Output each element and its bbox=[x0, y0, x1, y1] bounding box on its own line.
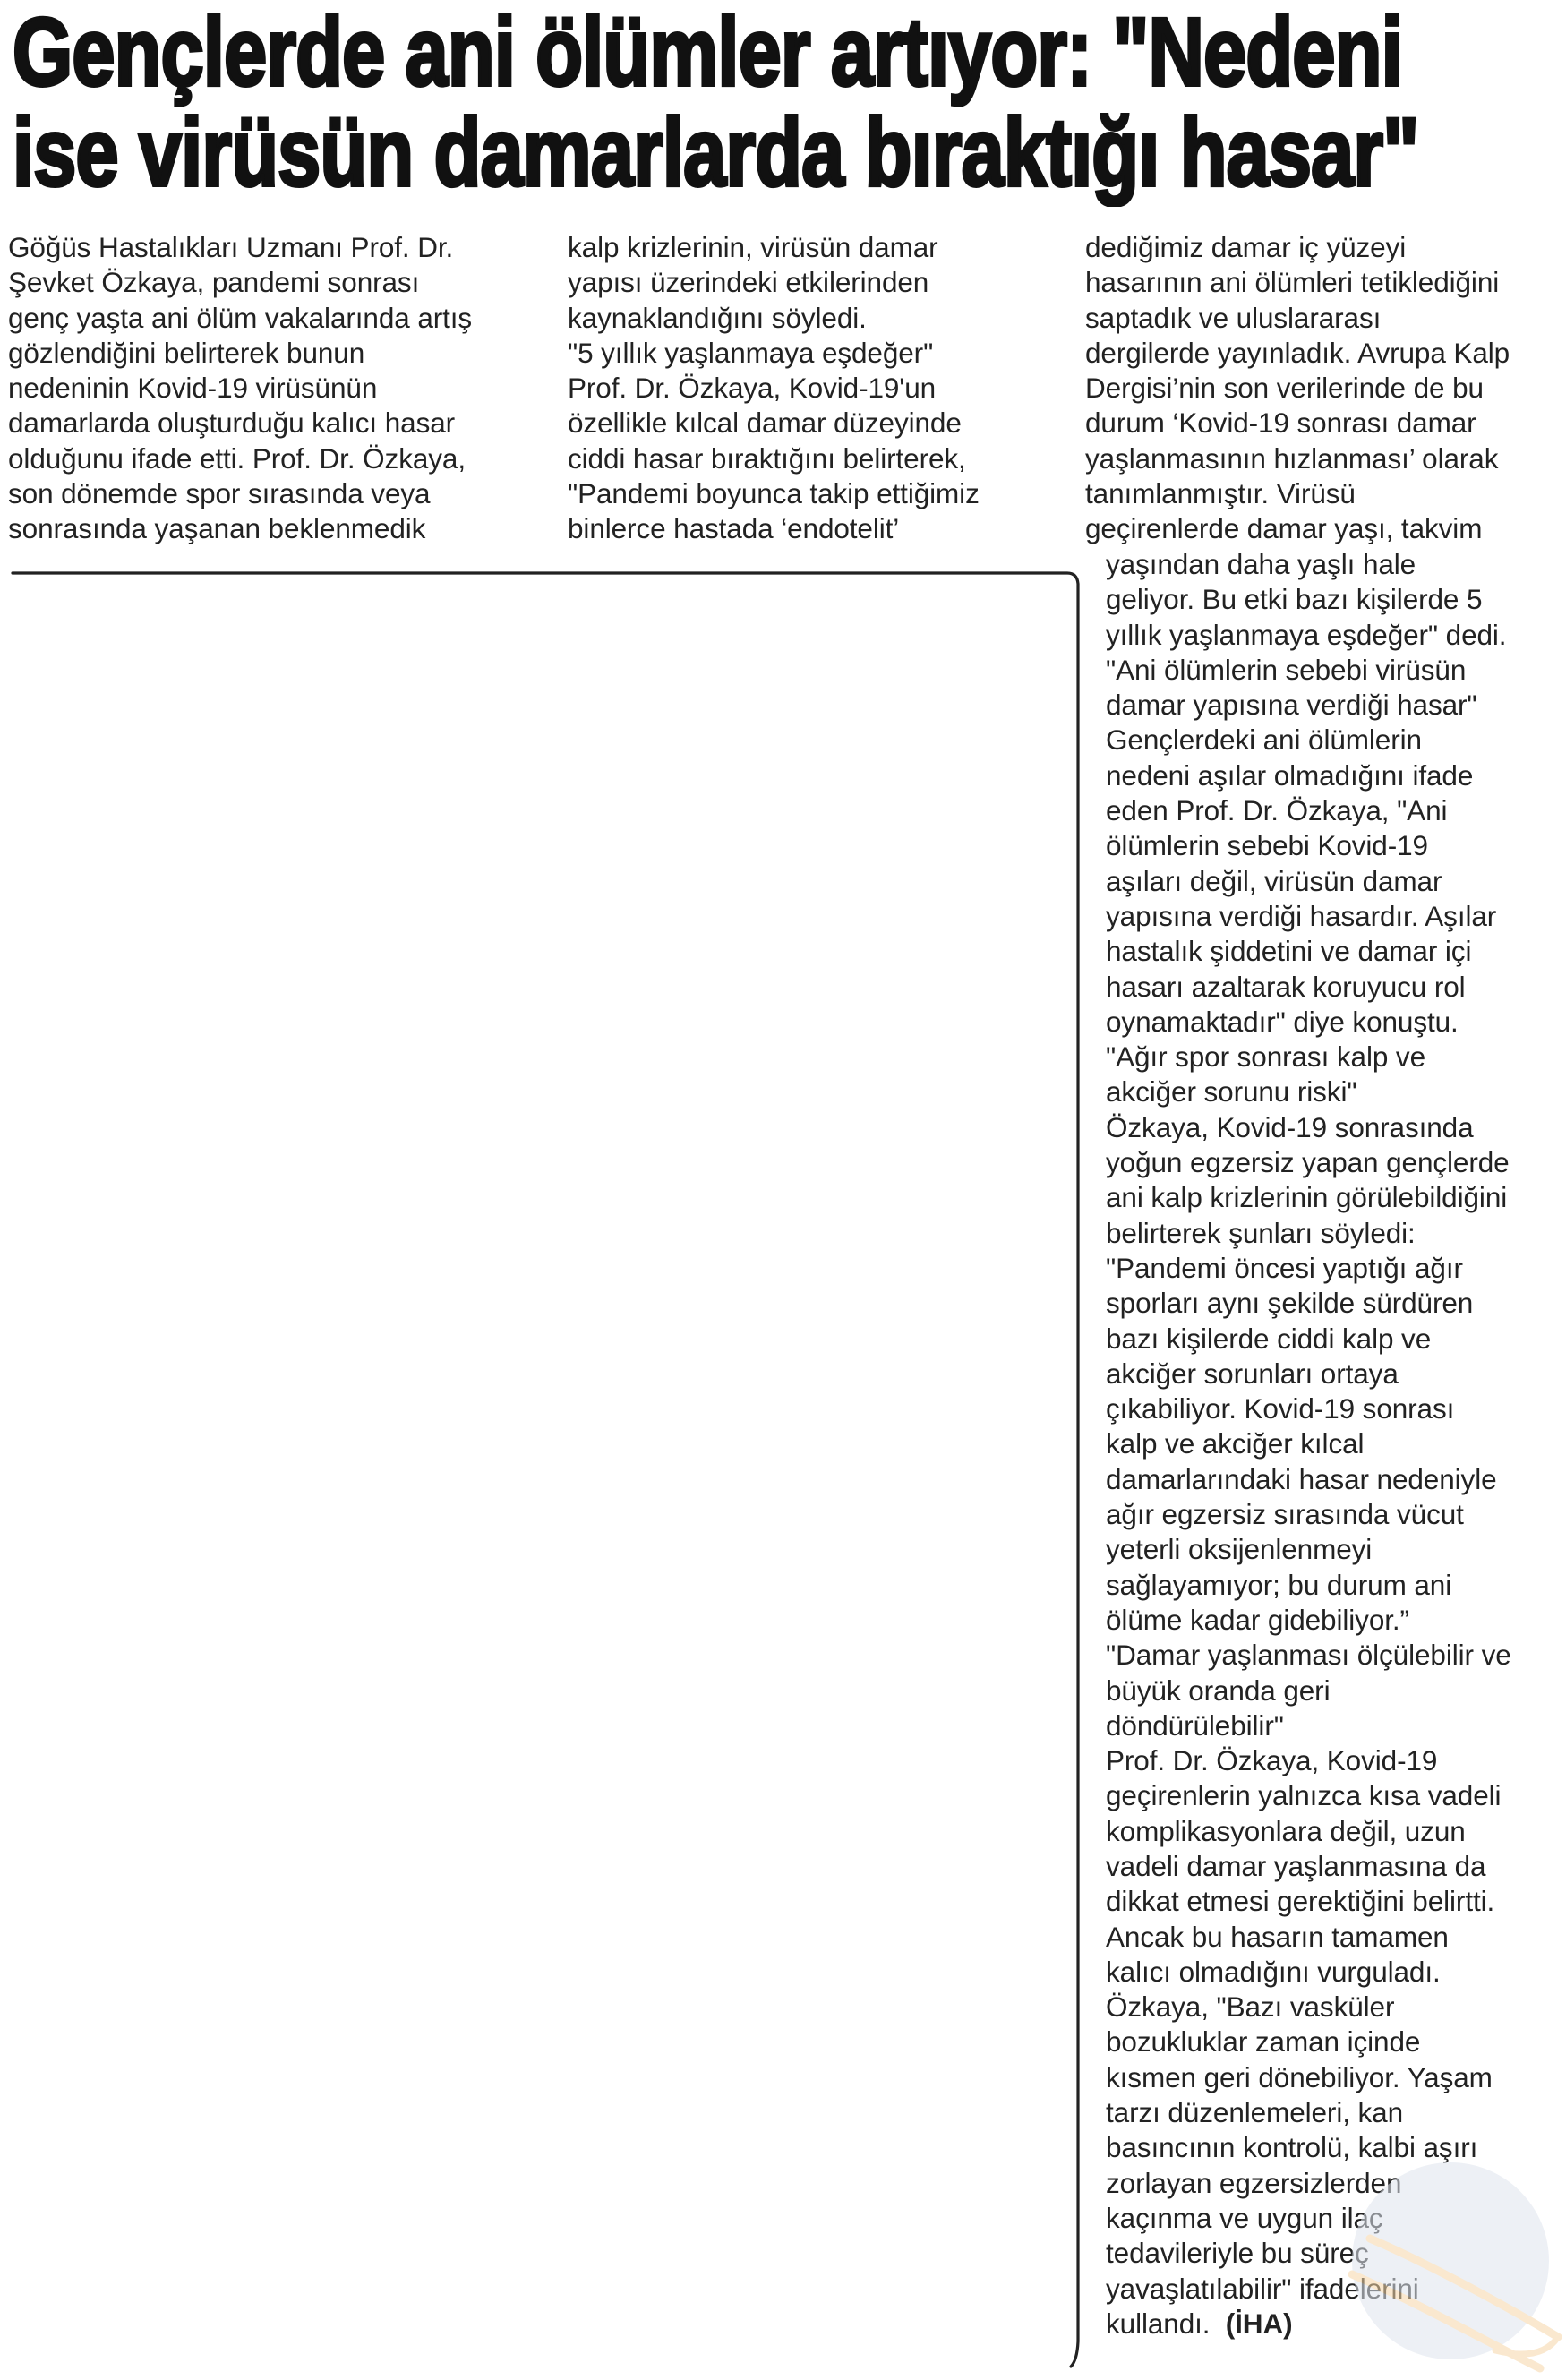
subheading-line: "Ağır spor sonrası kalp ve bbox=[1106, 1040, 1511, 1074]
body-line: kalıcı olmadığını vurguladı. bbox=[1106, 1955, 1511, 1990]
body-line: hasarının ani ölümleri tetiklediğini bbox=[1085, 265, 1510, 300]
body-line: kalp ve akciğer kılcal bbox=[1106, 1426, 1511, 1461]
body-line: komplikasyonlara değil, uzun bbox=[1106, 1814, 1511, 1849]
subheading-line: damar yapısına verdiği hasar" bbox=[1106, 688, 1511, 723]
subheading-line: döndürülebilir" bbox=[1106, 1708, 1511, 1743]
body-line: Dergisi’nin son verilerinde de bu bbox=[1085, 371, 1510, 406]
body-line: genç yaşta ani ölüm vakalarında artış bbox=[8, 301, 472, 336]
body-line: damarlarda oluşturduğu kalıcı hasar bbox=[8, 406, 472, 441]
subheading-line: büyük oranda geri bbox=[1106, 1674, 1511, 1708]
body-line: kaynaklandığını söyledi. bbox=[568, 301, 980, 336]
headline-line-2: ise virüsün damarlarda bıraktığı hasar" bbox=[13, 102, 1560, 202]
body-line: damarlarındaki hasar nedeniyle bbox=[1106, 1462, 1511, 1497]
body-line: yapısı üzerindeki etkilerinden bbox=[568, 265, 980, 300]
body-line: saptadık ve uluslararası bbox=[1085, 301, 1510, 336]
body-line: kısmen geri dönebiliyor. Yaşam bbox=[1106, 2060, 1511, 2095]
body-line: yoğun egzersiz yapan gençlerde bbox=[1106, 1145, 1511, 1180]
body-line: bozukluklar zaman içinde bbox=[1106, 2025, 1511, 2059]
body-line: aşıları değil, virüsün damar bbox=[1106, 864, 1511, 899]
body-line: dergilerde yayınladık. Avrupa Kalp bbox=[1085, 336, 1510, 371]
body-line: eden Prof. Dr. Özkaya, "Ani bbox=[1106, 793, 1511, 828]
body-line: hasarı azaltarak koruyucu rol bbox=[1106, 970, 1511, 1005]
body-line: belirterek şunları söyledi: bbox=[1106, 1216, 1511, 1251]
body-line: çıkabiliyor. Kovid-19 sonrası bbox=[1106, 1391, 1511, 1426]
body-line: ağır egzersiz sırasında vücut bbox=[1106, 1497, 1511, 1532]
body-line: geçirenlerde damar yaşı, takvim bbox=[1085, 511, 1510, 546]
body-line: bazı kişilerde ciddi kalp ve bbox=[1106, 1322, 1511, 1357]
body-line: ciddi hasar bıraktığını belirterek, bbox=[568, 441, 980, 476]
body-line: Prof. Dr. Özkaya, Kovid-19 bbox=[1106, 1743, 1511, 1778]
closing-line: kullandı. (İHA) bbox=[1106, 2307, 1511, 2341]
body-line: nedeninin Kovid-19 virüsünün bbox=[8, 371, 472, 406]
body-line: Gençlerdeki ani ölümlerin bbox=[1106, 723, 1511, 758]
body-line: Göğüs Hastalıkları Uzmanı Prof. Dr. bbox=[8, 230, 472, 265]
body-line: geliyor. Bu etki bazı kişilerde 5 bbox=[1106, 582, 1511, 617]
article-column-3: yaşından daha yaşlı hale geliyor. Bu etk… bbox=[1106, 547, 1511, 2341]
body-line: sonrasında yaşanan beklenmedik bbox=[8, 511, 472, 546]
body-line: sporları aynı şekilde sürdüren bbox=[1106, 1286, 1511, 1321]
body-line: zorlayan egzersizlerden bbox=[1106, 2166, 1511, 2201]
body-line: yapısına verdiği hasardır. Aşılar bbox=[1106, 899, 1511, 934]
body-line: gözlendiğini belirterek bunun bbox=[8, 336, 472, 371]
body-line: kalp krizlerinin, virüsün damar bbox=[568, 230, 980, 265]
body-line: Ancak bu hasarın tamamen bbox=[1106, 1920, 1511, 1955]
body-line: tanımlanmıştır. Virüsü bbox=[1085, 476, 1510, 511]
body-line: geçirenlerin yalnızca kısa vadeli bbox=[1106, 1778, 1511, 1813]
body-line: nedeni aşılar olmadığını ifade bbox=[1106, 758, 1511, 793]
body-line: olduğunu ifade etti. Prof. Dr. Özkaya, bbox=[8, 441, 472, 476]
body-line: Prof. Dr. Özkaya, Kovid-19'un bbox=[568, 371, 980, 406]
headline-line-1: Gençlerde ani ölümler artıyor: "Nedeni bbox=[13, 2, 1560, 102]
body-line: yeterli oksijenlenmeyi bbox=[1106, 1532, 1511, 1567]
body-line: basıncının kontrolü, kalbi aşırı bbox=[1106, 2130, 1511, 2165]
closing-text: kullandı. bbox=[1106, 2307, 1210, 2340]
body-line: Özkaya, "Bazı vasküler bbox=[1106, 1990, 1511, 2025]
body-line: durum ‘Kovid-19 sonrası damar bbox=[1085, 406, 1510, 441]
body-line: "Pandemi boyunca takip ettiğimiz bbox=[568, 476, 980, 511]
source-credit: (İHA) bbox=[1226, 2307, 1293, 2340]
body-line: yıllık yaşlanmaya eşdeğer" dedi. bbox=[1106, 618, 1511, 653]
body-line: yavaşlatılabilir" ifadelerini bbox=[1106, 2272, 1511, 2307]
article-column-2: kalp krizlerinin, virüsün damar yapısı ü… bbox=[568, 230, 980, 547]
subheading-line: "5 yıllık yaşlanmaya eşdeğer" bbox=[568, 336, 980, 371]
body-line: yaşlanmasının hızlanması’ olarak bbox=[1085, 441, 1510, 476]
body-line: sağlayamıyor; bu durum ani bbox=[1106, 1568, 1511, 1603]
body-line: ölümlerin sebebi Kovid-19 bbox=[1106, 828, 1511, 863]
article-headline: Gençlerde ani ölümler artıyor: "Nedeni i… bbox=[13, 2, 1560, 202]
body-line: oynamaktadır" diye konuştu. bbox=[1106, 1005, 1511, 1040]
body-line: tarzı düzenlemeleri, kan bbox=[1106, 2095, 1511, 2130]
body-line: dediğimiz damar iç yüzeyi bbox=[1085, 230, 1510, 265]
article-column-1: Göğüs Hastalıkları Uzmanı Prof. Dr. Şevk… bbox=[8, 230, 472, 547]
body-line: ölüme kadar gidebiliyor.” bbox=[1106, 1603, 1511, 1638]
body-line: binlerce hastada ‘endotelit’ bbox=[568, 511, 980, 546]
body-line: dikkat etmesi gerektiğini belirtti. bbox=[1106, 1884, 1511, 1919]
subheading-line: "Damar yaşlanması ölçülebilir ve bbox=[1106, 1638, 1511, 1673]
body-line: ani kalp krizlerinin görülebildiğini bbox=[1106, 1180, 1511, 1215]
body-line: Şevket Özkaya, pandemi sonrası bbox=[8, 265, 472, 300]
body-line: "Pandemi öncesi yaptığı ağır bbox=[1106, 1251, 1511, 1286]
body-line: Özkaya, Kovid-19 sonrasında bbox=[1106, 1110, 1511, 1145]
body-line: vadeli damar yaşlanmasına da bbox=[1106, 1849, 1511, 1884]
body-line: tedavileriyle bu süreç bbox=[1106, 2236, 1511, 2271]
body-line: özellikle kılcal damar düzeyinde bbox=[568, 406, 980, 441]
body-line: kaçınma ve uygun ilaç bbox=[1106, 2201, 1511, 2236]
body-line: yaşından daha yaşlı hale bbox=[1106, 547, 1511, 582]
body-line: hastalık şiddetini ve damar içi bbox=[1106, 934, 1511, 969]
subheading-line: "Ani ölümlerin sebebi virüsün bbox=[1106, 653, 1511, 688]
article-column-3-top: dediğimiz damar iç yüzeyi hasarının ani … bbox=[1085, 230, 1510, 547]
body-line: akciğer sorunları ortaya bbox=[1106, 1357, 1511, 1391]
body-line: son dönemde spor sırasında veya bbox=[8, 476, 472, 511]
subheading-line: akciğer sorunu riski" bbox=[1106, 1074, 1511, 1109]
